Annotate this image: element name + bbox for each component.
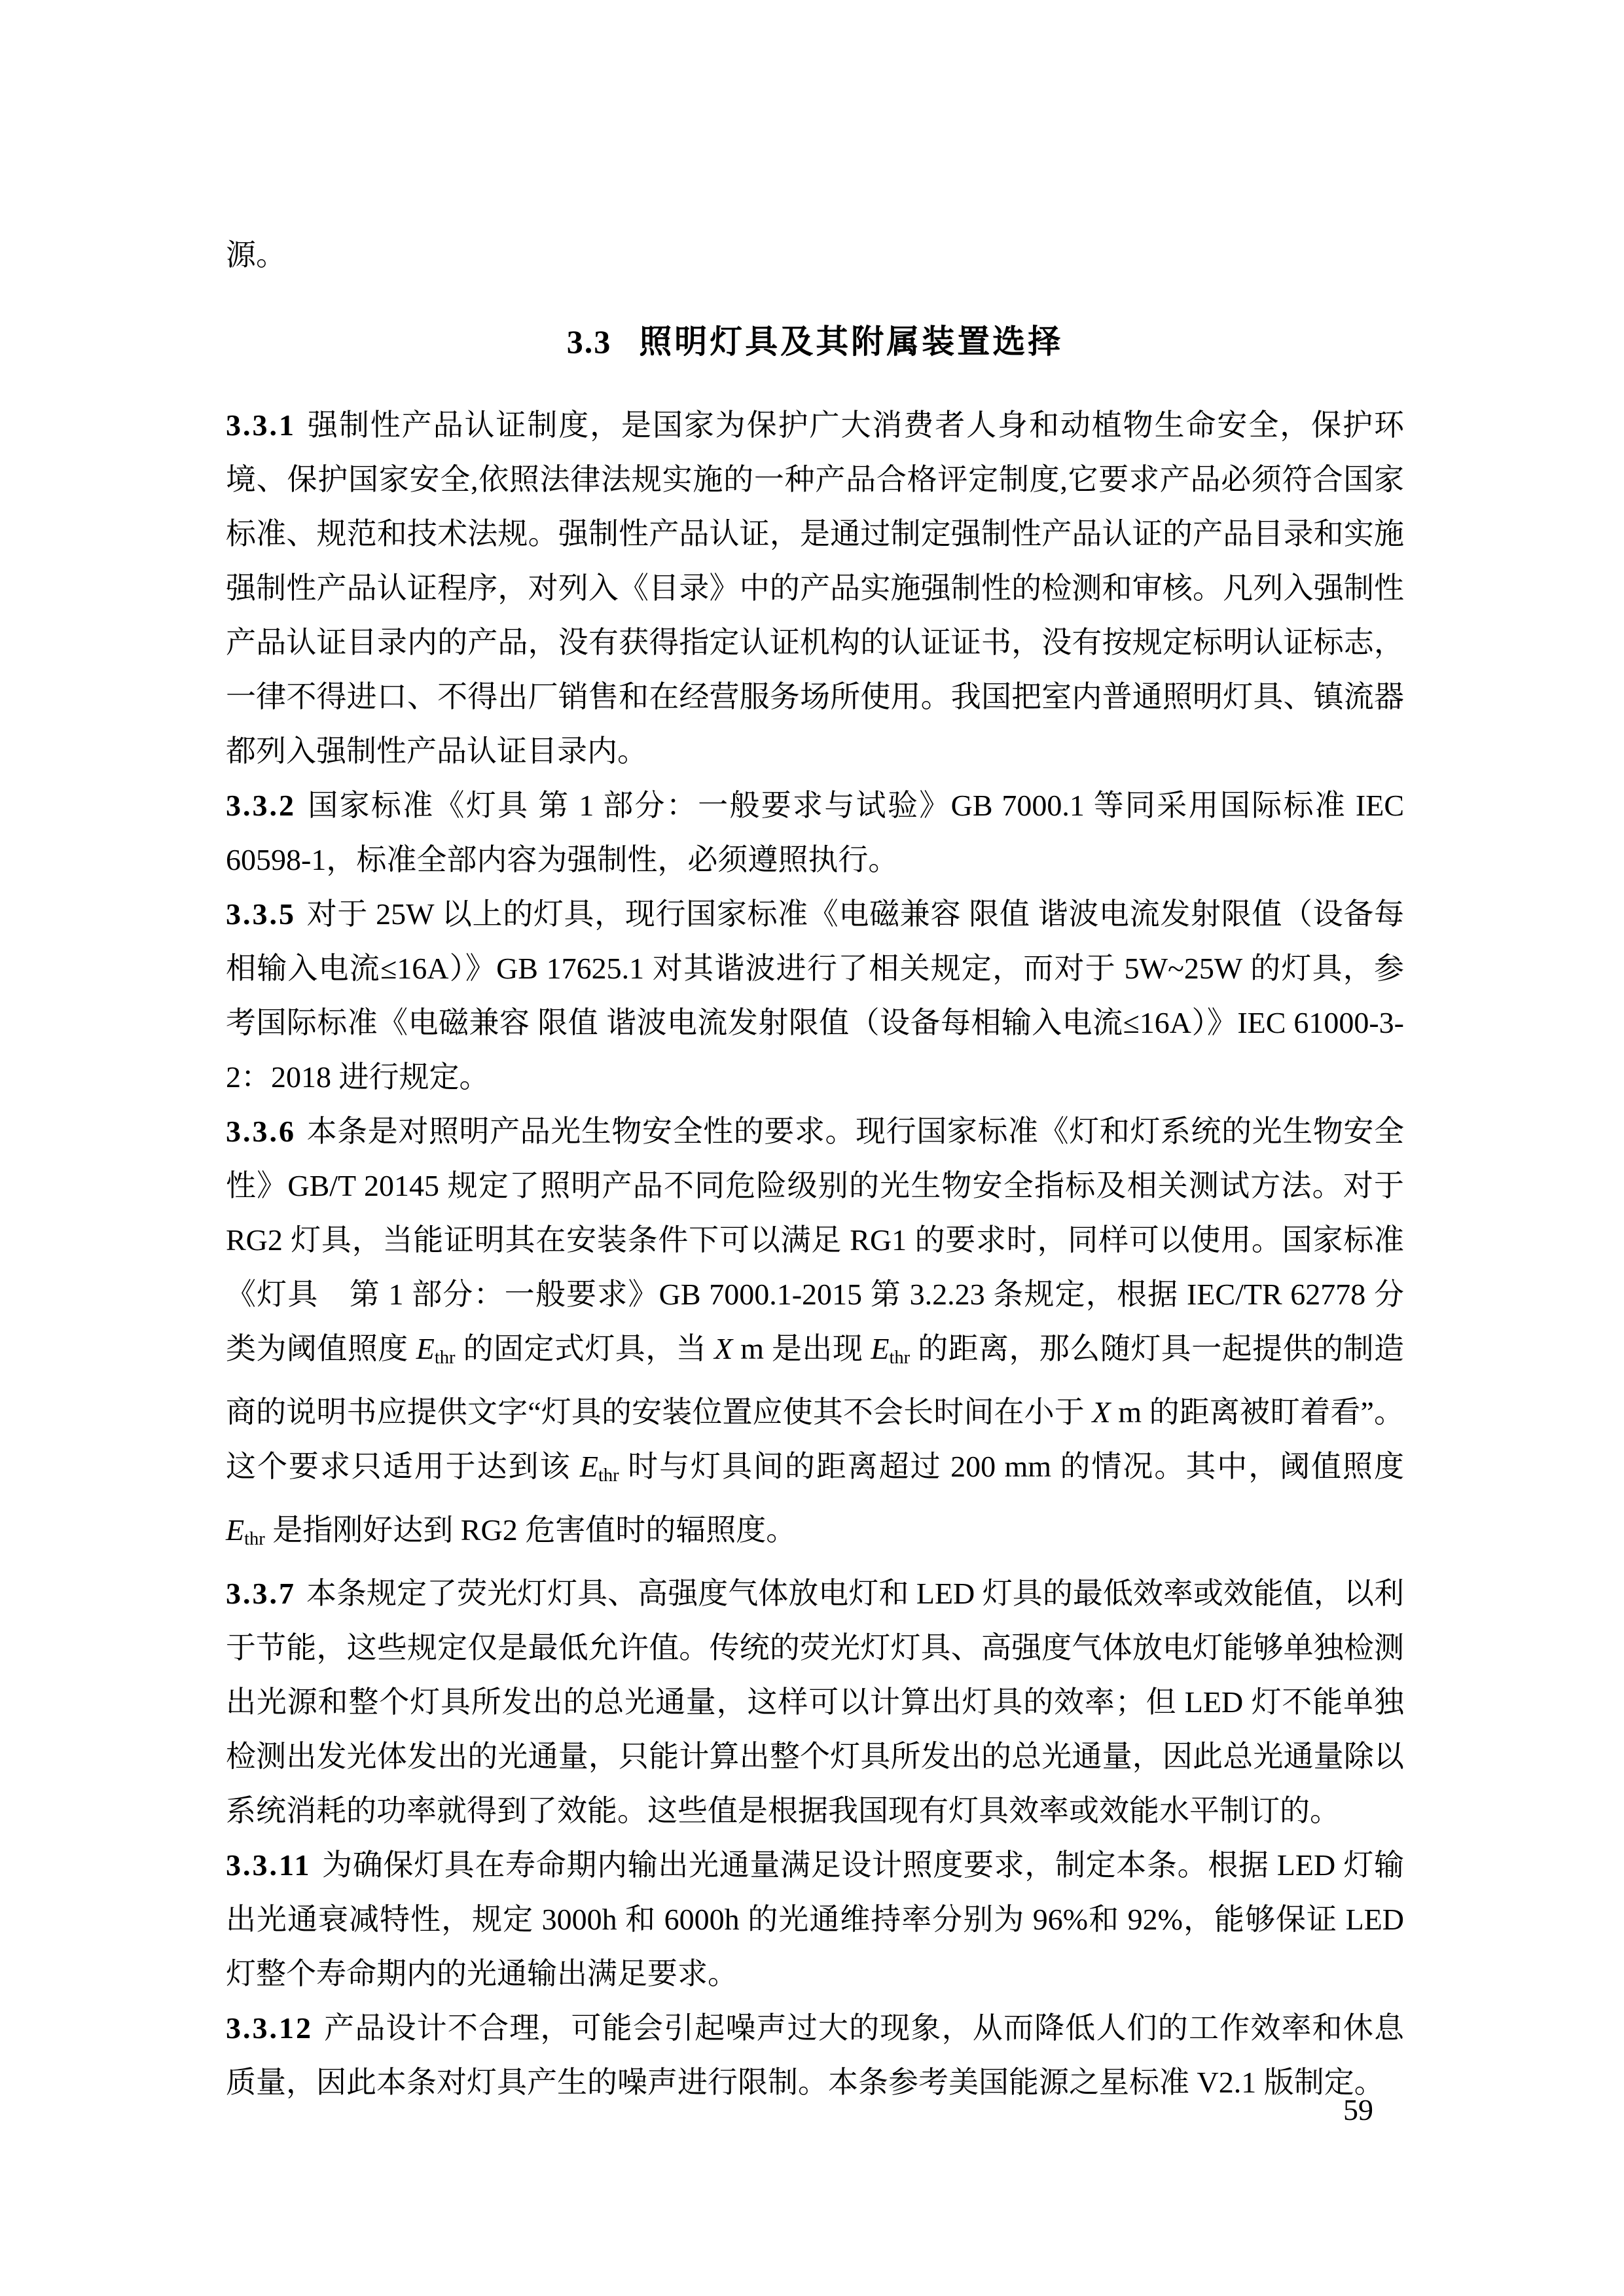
paragraph-number: 3.3.6 xyxy=(226,1115,296,1148)
page-number: 59 xyxy=(1343,2092,1373,2128)
commentary-paragraph: 3.3.12产品设计不合理，可能会引起噪声过大的现象，从而降低人们的工作效率和休… xyxy=(226,2001,1404,2109)
commentary-paragraph: 3.3.11为确保灯具在寿命期内输出光通量满足设计照度要求，制定本条。根据 LE… xyxy=(226,1838,1404,2001)
paragraph-text: 本条是对照明产品光生物安全性的要求。现行国家标准《灯和灯系统的光生物安全性》GB… xyxy=(226,1115,1404,1547)
section-title-text: 照明灯具及其附属装置选择 xyxy=(639,323,1063,360)
page-content: 源。 3.3照明灯具及其附属装置选择 3.3.1强制性产品认证制度，是国家为保护… xyxy=(226,228,1404,2109)
commentary-paragraphs: 3.3.1强制性产品认证制度，是国家为保护广大消费者人身和动植物生命安全，保护环… xyxy=(226,398,1404,2109)
paragraph-number: 3.3.1 xyxy=(226,408,296,442)
commentary-paragraph: 3.3.6本条是对照明产品光生物安全性的要求。现行国家标准《灯和灯系统的光生物安… xyxy=(226,1104,1404,1566)
continuation-text: 源。 xyxy=(226,228,1404,282)
section-number: 3.3 xyxy=(567,323,612,360)
paragraph-text: 国家标准《灯具 第 1 部分：一般要求与试验》GB 7000.1 等同采用国际标… xyxy=(226,789,1404,876)
paragraph-number: 3.3.12 xyxy=(226,2011,313,2045)
paragraph-text: 对于 25W 以上的灯具，现行国家标准《电磁兼容 限值 谐波电流发射限值（设备每… xyxy=(226,897,1404,1094)
paragraph-text: 强制性产品认证制度，是国家为保护广大消费者人身和动植物生命安全，保护环境、保护国… xyxy=(226,408,1404,768)
section-title: 3.3照明灯具及其附属装置选择 xyxy=(226,315,1404,369)
paragraph-text: 本条规定了荧光灯灯具、高强度气体放电灯和 LED 灯具的最低效率或效能值，以利于… xyxy=(226,1577,1404,1827)
commentary-paragraph: 3.3.1强制性产品认证制度，是国家为保护广大消费者人身和动植物生命安全，保护环… xyxy=(226,398,1404,778)
paragraph-number: 3.3.7 xyxy=(226,1577,296,1610)
commentary-paragraph: 3.3.2国家标准《灯具 第 1 部分：一般要求与试验》GB 7000.1 等同… xyxy=(226,778,1404,887)
paragraph-number: 3.3.5 xyxy=(226,897,296,931)
paragraph-number: 3.3.2 xyxy=(226,789,296,822)
commentary-paragraph: 3.3.5对于 25W 以上的灯具，现行国家标准《电磁兼容 限值 谐波电流发射限… xyxy=(226,887,1404,1104)
document-page: 源。 3.3照明灯具及其附属装置选择 3.3.1强制性产品认证制度，是国家为保护… xyxy=(0,0,1624,2296)
paragraph-number: 3.3.11 xyxy=(226,1848,311,1882)
commentary-paragraph: 3.3.7本条规定了荧光灯灯具、高强度气体放电灯和 LED 灯具的最低效率或效能… xyxy=(226,1566,1404,1838)
paragraph-text: 为确保灯具在寿命期内输出光通量满足设计照度要求，制定本条。根据 LED 灯输出光… xyxy=(226,1848,1404,1990)
paragraph-text: 产品设计不合理，可能会引起噪声过大的现象，从而降低人们的工作效率和休息质量，因此… xyxy=(226,2011,1404,2099)
